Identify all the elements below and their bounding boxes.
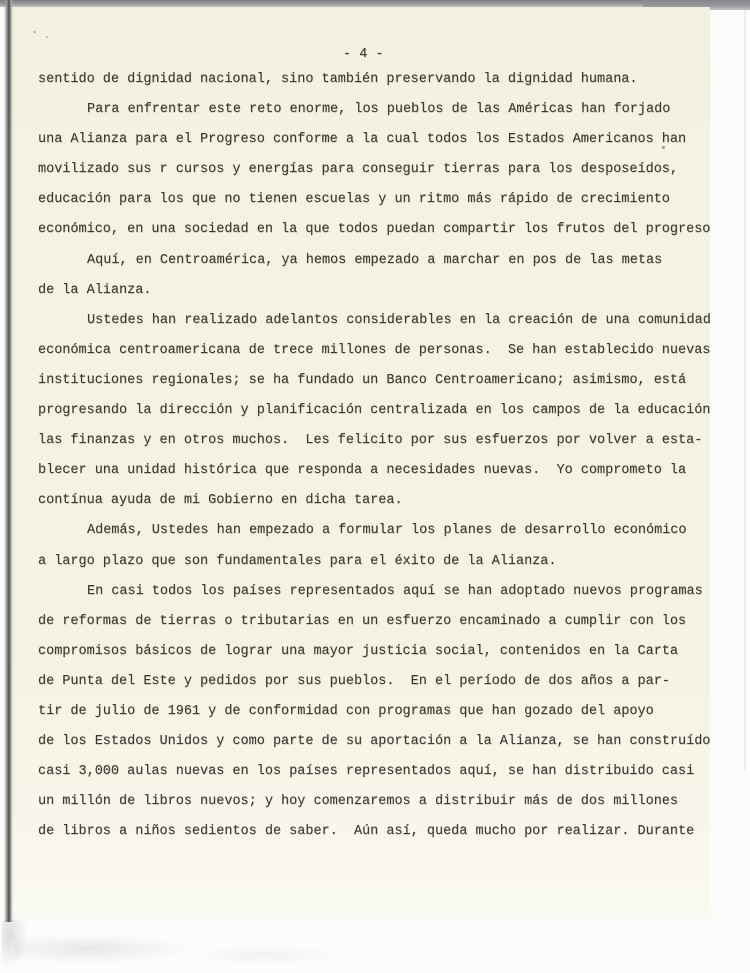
scanner-edge-top (0, 0, 750, 7)
page-number: - 4 - (343, 46, 384, 63)
text-line: de los Estados Unidos y como parte de su… (38, 727, 710, 757)
document-body: sentido de dignidad nacional, sino tambi… (38, 65, 710, 847)
text-line: educación para los que no tienen escuela… (38, 185, 710, 215)
text-line: Para enfrentar este reto enorme, los pue… (38, 95, 710, 125)
scan-smudge (190, 946, 340, 964)
text-line: un millón de libros nuevos; y hoy comenz… (38, 787, 710, 817)
text-line: tir de julio de 1961 y de conformidad co… (38, 697, 710, 727)
text-line: económica centroamericana de trece millo… (38, 336, 710, 366)
scan-artifact-line (744, 10, 746, 770)
text-line: En casi todos los países representados a… (38, 577, 710, 607)
scan-smudge (14, 934, 194, 964)
document-scan: - 4 - sentido de dignidad nacional, sino… (0, 0, 750, 973)
text-line: de la Alianza. (38, 276, 710, 306)
text-line: instituciones regionales; se ha fundado … (38, 366, 710, 396)
text-line: económico, en una sociedad en la que tod… (38, 215, 710, 245)
ink-speck (33, 31, 36, 33)
text-line: progresando la dirección y planificación… (38, 396, 710, 426)
text-line: una Alianza para el Progreso conforme a … (38, 125, 710, 155)
ink-speck (662, 146, 665, 149)
text-line: de libros a niños sedientos de saber. Aú… (38, 817, 710, 847)
text-line: Además, Ustedes han empezado a formular … (38, 516, 710, 546)
text-line: movilizado sus r cursos y energías para … (38, 155, 710, 185)
text-line: de Punta del Este y pedidos por sus pueb… (38, 667, 710, 697)
text-line: Ustedes han realizado adelantos consider… (38, 306, 710, 336)
text-line: las finanzas y en otros muchos. Les feli… (38, 426, 710, 456)
text-line: contínua ayuda de mi Gobierno en dicha t… (38, 486, 710, 516)
text-line: sentido de dignidad nacional, sino tambi… (38, 65, 710, 95)
text-line: a largo plazo que son fundamentales para… (38, 547, 710, 577)
text-line: blecer una unidad histórica que responda… (38, 456, 710, 486)
paper-sheet: - 4 - sentido de dignidad nacional, sino… (12, 7, 710, 918)
scan-smudge (2, 920, 28, 970)
text-line: casi 3,000 aulas nuevas en los países re… (38, 757, 710, 787)
text-line: de reformas de tierras o tributarias en … (38, 607, 710, 637)
text-line: Aquí, en Centroamérica, ya hemos empezad… (38, 246, 710, 276)
ink-speck (46, 36, 48, 38)
text-line: compromisos básicos de lograr una mayor … (38, 637, 710, 667)
